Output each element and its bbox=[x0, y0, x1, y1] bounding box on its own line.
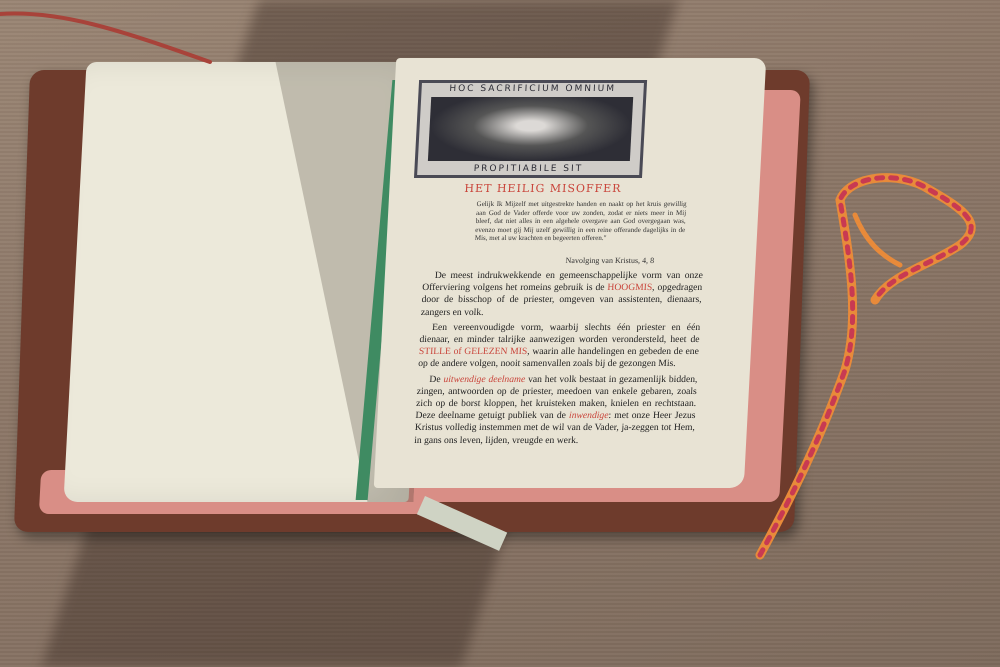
braided-cord-bookmark bbox=[0, 0, 1000, 667]
